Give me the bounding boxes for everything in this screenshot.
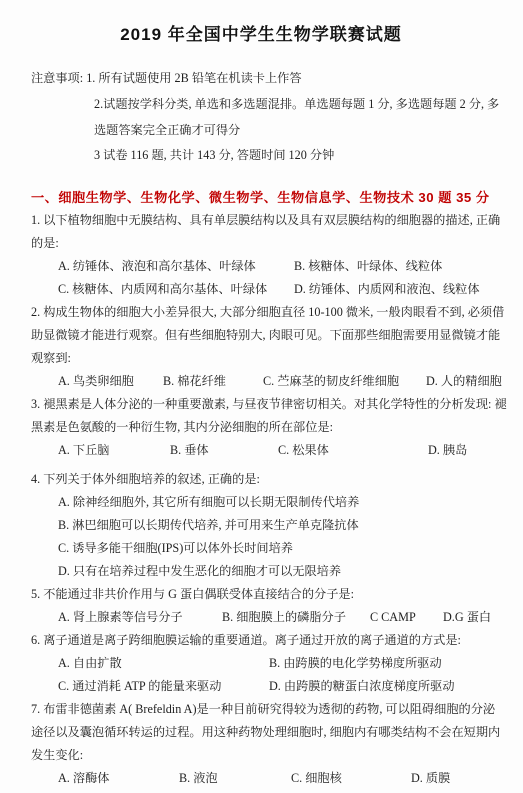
question-2-option-a: A. 鸟类卵细胞 xyxy=(58,370,163,393)
question-3-option-c: C. 松果体 xyxy=(278,439,428,462)
question-4-option-d: D. 只有在培养过程中发生恶化的细胞才可以无限培养 xyxy=(31,560,505,583)
question-7: 7. 布雷非德菌素 A( Brefeldin A)是一种目前研究得较为透彻的药物… xyxy=(31,698,505,790)
question-4-option-c: C. 诱导多能干细胞(IPS)可以体外长时间培养 xyxy=(31,537,505,560)
question-1-options-row-1: A. 纺锤体、液泡和高尔基体、叶绿体B. 核糖体、叶绿体、线粒体 xyxy=(31,255,505,278)
question-5-option-a: A. 肾上腺素等信号分子 xyxy=(58,606,222,629)
exam-page: 2019 年全国中学生生物学联赛试题 注意事项: 1. 所有试题使用 2B 铅笔… xyxy=(0,0,523,790)
question-7-option-d: D. 质膜 xyxy=(411,767,450,790)
question-2-option-c: C. 苎麻茎的韧皮纤维细胞 xyxy=(263,370,426,393)
page-title: 2019 年全国中学生生物学联赛试题 xyxy=(31,18,505,45)
question-3-stem-line-1: 3. 褪黑素是人体分泌的一种重要激素, 与昼夜节律密切相关。对其化学特性的分析发… xyxy=(31,393,505,416)
question-3-options-row: A. 下丘脑B. 垂体C. 松果体D. 胰岛 xyxy=(31,439,505,462)
question-4-stem-line-1: 4. 下列关于体外细胞培养的叙述, 正确的是: xyxy=(31,468,505,491)
question-1: 1. 以下植物细胞中无膜结构、具有单层膜结构以及具有双层膜结构的细胞器的描述, … xyxy=(31,209,505,301)
question-6-option-d: D. 由跨膜的糖蛋白浓度梯度所驱动 xyxy=(269,675,455,698)
notice-item-2: 2.试题按学科分类, 单选和多选题混排。单选题每题 1 分, 多选题每题 2 分… xyxy=(31,92,505,118)
question-1-option-d: D. 纺锤体、内质网和液泡、线粒体 xyxy=(294,278,480,301)
notice-label: 注意事项: xyxy=(31,71,86,85)
question-7-stem-line-3: 发生变化: xyxy=(31,744,505,767)
question-1-stem-line-1: 1. 以下植物细胞中无膜结构、具有单层膜结构以及具有双层膜结构的细胞器的描述, … xyxy=(31,209,505,232)
question-4: 4. 下列关于体外细胞培养的叙述, 正确的是: A. 除神经细胞外, 其它所有细… xyxy=(31,468,505,583)
question-6-options-row-1: A. 自由扩散B. 由跨膜的电化学势梯度所驱动 xyxy=(31,652,505,675)
question-1-stem-line-2: 的是: xyxy=(31,232,505,255)
question-5-option-b: B. 细胞膜上的磷脂分子 xyxy=(222,606,370,629)
notice-item-2-continuation: 选题答案完全正确才可得分 xyxy=(31,118,505,144)
question-3-stem-line-2: 黑素是色氨酸的一种衍生物, 其内分泌细胞的所在部位是: xyxy=(31,416,505,439)
question-6-stem-line-1: 6. 离子通道是离子跨细胞膜运输的重要通道。离子通过开放的离子通道的方式是: xyxy=(31,629,505,652)
question-7-option-b: B. 液泡 xyxy=(179,767,291,790)
question-7-stem-line-2: 途径以及囊泡循环转运的过程。用这种药物处理细胞时, 细胞内有哪类结构不会在短期内 xyxy=(31,721,505,744)
question-3-option-a: A. 下丘脑 xyxy=(58,439,170,462)
question-1-options-row-2: C. 核糖体、内质网和高尔基体、叶绿体D. 纺锤体、内质网和液泡、线粒体 xyxy=(31,278,505,301)
question-7-options-row: A. 溶酶体B. 液泡C. 细胞核D. 质膜 xyxy=(31,767,505,790)
question-1-option-a: A. 纺锤体、液泡和高尔基体、叶绿体 xyxy=(58,255,294,278)
question-6: 6. 离子通道是离子跨细胞膜运输的重要通道。离子通过开放的离子通道的方式是: A… xyxy=(31,629,505,698)
question-2-stem-line-1: 2. 构成生物体的细胞大小差异很大, 大部分细胞直径 10-100 微米, 一般… xyxy=(31,301,505,324)
question-2-option-b: B. 棉花纤维 xyxy=(163,370,263,393)
question-6-option-a: A. 自由扩散 xyxy=(58,652,269,675)
question-1-option-c: C. 核糖体、内质网和高尔基体、叶绿体 xyxy=(58,278,294,301)
question-1-option-b: B. 核糖体、叶绿体、线粒体 xyxy=(294,255,442,278)
question-2-stem-line-3: 观察到: xyxy=(31,347,505,370)
notice-line-1: 注意事项: 1. 所有试题使用 2B 铅笔在机读卡上作答 xyxy=(31,66,505,92)
notice-item-3: 3 试卷 116 题, 共计 143 分, 答题时间 120 分钟 xyxy=(31,143,505,169)
question-3-option-b: B. 垂体 xyxy=(170,439,278,462)
notice-block: 注意事项: 1. 所有试题使用 2B 铅笔在机读卡上作答 2.试题按学科分类, … xyxy=(31,66,505,169)
section-header: 一、细胞生物学、生物化学、微生物学、生物信息学、生物技术 30 题 35 分 xyxy=(31,186,505,209)
question-6-option-c: C. 通过消耗 ATP 的能量来驱动 xyxy=(58,675,269,698)
question-6-options-row-2: C. 通过消耗 ATP 的能量来驱动D. 由跨膜的糖蛋白浓度梯度所驱动 xyxy=(31,675,505,698)
question-2-stem-line-2: 助显微镜才能进行观察。但有些细胞特别大, 肉眼可见。下面那些细胞需要用显微镜才能 xyxy=(31,324,505,347)
question-5: 5. 不能通过非共价作用与 G 蛋白偶联受体直接结合的分子是: A. 肾上腺素等… xyxy=(31,583,505,629)
question-3-option-d: D. 胰岛 xyxy=(428,439,467,462)
question-5-option-c: C CAMP xyxy=(370,606,443,629)
question-3: 3. 褪黑素是人体分泌的一种重要激素, 与昼夜节律密切相关。对其化学特性的分析发… xyxy=(31,393,505,462)
question-2: 2. 构成生物体的细胞大小差异很大, 大部分细胞直径 10-100 微米, 一般… xyxy=(31,301,505,393)
question-7-stem-line-1: 7. 布雷非德菌素 A( Brefeldin A)是一种目前研究得较为透彻的药物… xyxy=(31,698,505,721)
question-5-stem-line-1: 5. 不能通过非共价作用与 G 蛋白偶联受体直接结合的分子是: xyxy=(31,583,505,606)
question-4-option-a: A. 除神经细胞外, 其它所有细胞可以长期无限制传代培养 xyxy=(31,491,505,514)
question-2-option-d: D. 人的精细胞 xyxy=(426,370,502,393)
question-2-options-row: A. 鸟类卵细胞B. 棉花纤维C. 苎麻茎的韧皮纤维细胞D. 人的精细胞 xyxy=(31,370,505,393)
notice-item-1: 1. 所有试题使用 2B 铅笔在机读卡上作答 xyxy=(86,71,301,85)
question-4-option-b: B. 淋巴细胞可以长期传代培养, 并可用来生产单克隆抗体 xyxy=(31,514,505,537)
question-6-option-b: B. 由跨膜的电化学势梯度所驱动 xyxy=(269,652,442,675)
question-5-option-d: D.G 蛋白 xyxy=(443,606,491,629)
question-7-option-c: C. 细胞核 xyxy=(291,767,411,790)
question-5-options-row: A. 肾上腺素等信号分子B. 细胞膜上的磷脂分子C CAMPD.G 蛋白 xyxy=(31,606,505,629)
question-7-option-a: A. 溶酶体 xyxy=(58,767,179,790)
